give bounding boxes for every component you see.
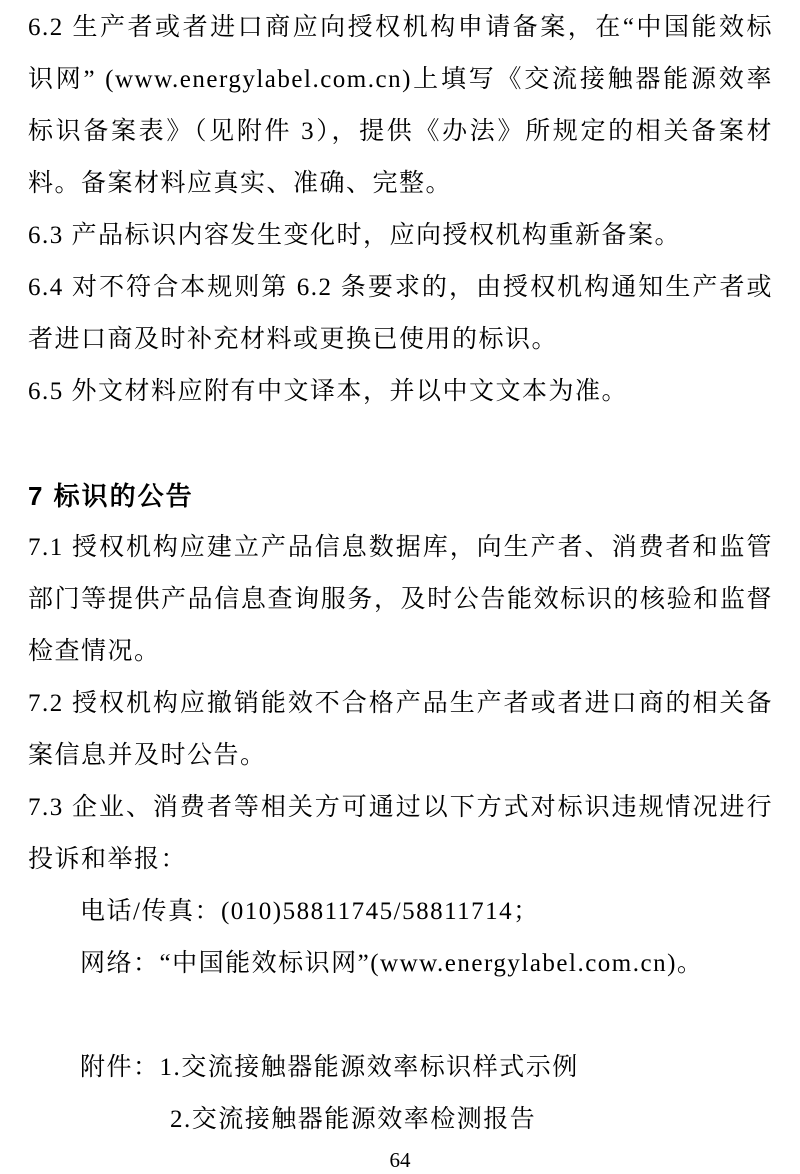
attachment-line-1: 附件：1.交流接触器能源效率标识样式示例 xyxy=(28,1042,773,1094)
paragraph-7-2: 7.2 授权机构应撤销能效不合格产品生产者或者进口商的相关备案信息并及时公告。 xyxy=(28,678,773,782)
page-number: 64 xyxy=(0,1149,800,1171)
paragraph-7-3: 7.3 企业、消费者等相关方可通过以下方式对标识违规情况进行投诉和举报： xyxy=(28,782,773,886)
attachments-block: 附件：1.交流接触器能源效率标识样式示例 2.交流接触器能源效率检测报告 xyxy=(28,1042,773,1146)
attachment-item-1: 1.交流接触器能源效率标识样式示例 xyxy=(160,1054,579,1081)
paragraph-6-2: 6.2 生产者或者进口商应向授权机构申请备案，在“中国能效标识网” (www.e… xyxy=(28,2,773,210)
document-page: 6.2 生产者或者进口商应向授权机构申请备案，在“中国能效标识网” (www.e… xyxy=(0,0,800,1174)
attachment-item-2: 2.交流接触器能源效率检测报告 xyxy=(28,1094,773,1146)
paragraph-6-4: 6.4 对不符合本规则第 6.2 条要求的，由授权机构通知生产者或者进口商及时补… xyxy=(28,262,773,366)
blank-line xyxy=(28,418,773,470)
paragraph-6-5: 6.5 外文材料应附有中文译本，并以中文文本为准。 xyxy=(28,366,773,418)
attachment-label: 附件： xyxy=(80,1054,160,1081)
section-7-heading: 7 标识的公告 xyxy=(28,470,773,522)
paragraph-6-3: 6.3 产品标识内容发生变化时，应向授权机构重新备案。 xyxy=(28,210,773,262)
paragraph-7-1: 7.1 授权机构应建立产品信息数据库，向生产者、消费者和监管部门等提供产品信息查… xyxy=(28,522,773,678)
contact-phone-fax-line: 电话/传真：(010)58811745/58811714； xyxy=(28,886,773,938)
blank-line xyxy=(28,990,773,1042)
contact-web-line: 网络：“中国能效标识网”(www.energylabel.com.cn)。 xyxy=(28,938,773,990)
